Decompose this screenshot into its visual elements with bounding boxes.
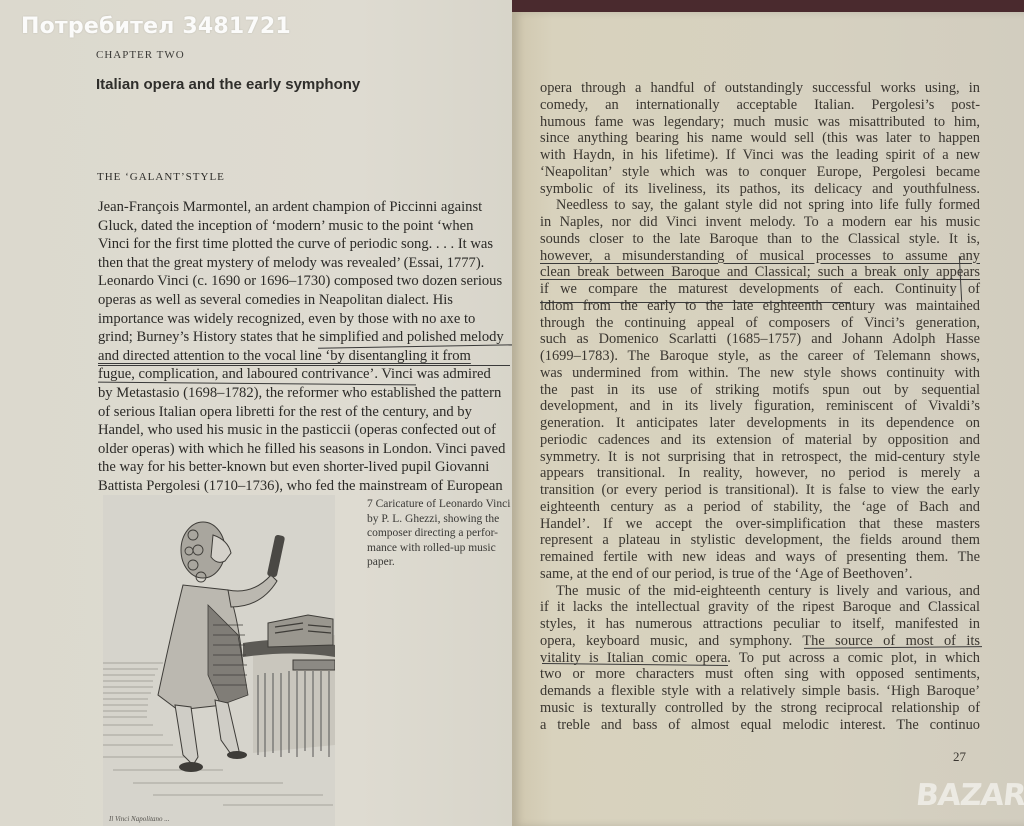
pen-underline xyxy=(98,365,510,366)
caption-line: mance with rolled-up music xyxy=(367,541,512,556)
caption-line: composer directing a perfor- xyxy=(367,526,512,541)
text-line: Handel’. If we accept the over-simplific… xyxy=(540,516,980,533)
text-line: eighteenth century as a period of stabil… xyxy=(540,499,980,516)
caricature-illustration-icon: Il Vinci Napolitano ... xyxy=(103,495,335,826)
text-line: sounds closer to the late Baroque than t… xyxy=(540,231,980,248)
bazar-logo: BAZAR xyxy=(914,778,1024,813)
text-line: Jean-François Marmontel, an ardent champ… xyxy=(98,198,512,217)
text-line: with Haydn, in his lifetime). If Vinci w… xyxy=(540,147,980,164)
left-body-text: Jean-François Marmontel, an ardent champ… xyxy=(98,198,512,496)
text-line: represent a plateau in stylistic develop… xyxy=(540,532,980,549)
text-line: then that the great mystery of melody wa… xyxy=(98,254,512,273)
text-line: styles, it has numerous attractions pecu… xyxy=(540,616,980,633)
caricature-figure: Il Vinci Napolitano ... xyxy=(103,495,335,826)
text-line: periodic cadences and its extension of m… xyxy=(540,432,980,449)
text-line: if we compare the maturest developments … xyxy=(540,281,980,298)
left-page: CHAPTER TWO Italian opera and the early … xyxy=(0,0,512,826)
chapter-title: Italian opera and the early symphony xyxy=(96,76,360,93)
text-line: Vinci for the first time plotted the cur… xyxy=(98,235,512,254)
text-line: through the continuing appeal of compose… xyxy=(540,315,980,332)
text-line: operas as well as several comedies in Ne… xyxy=(98,291,512,310)
figure-caption: 7 Caricature of Leonardo Vinci by P. L. … xyxy=(367,497,512,570)
text-line: Battista Pergolesi (1710–1736), who fed … xyxy=(98,477,512,496)
right-page: opera through a handful of outstandingly… xyxy=(512,12,1024,826)
text-line: same, at the end of our period, is true … xyxy=(540,566,980,583)
text-line: demands a flexible style with a relative… xyxy=(540,683,980,700)
page-number: 27 xyxy=(953,749,966,765)
text-line: the past in its use of striking motifs s… xyxy=(540,382,980,399)
section-heading: THE ‘GALANT’STYLE xyxy=(97,171,225,183)
text-line: appears transitional. In reality, howeve… xyxy=(540,465,980,482)
text-line: symbolic of its liveliness, its pathos, … xyxy=(540,181,980,198)
caption-line: paper. xyxy=(367,555,512,570)
text-line: symmetry. It is not surprising that in r… xyxy=(540,449,980,466)
text-line: comedy, an internationally acceptable It… xyxy=(540,97,980,114)
text-line: remained fertile with new ideas and ways… xyxy=(540,549,980,566)
text-line: The music of the mid-eighteenth century … xyxy=(540,583,980,600)
text-line: Leonardo Vinci (c. 1690 or 1696–1730) co… xyxy=(98,272,512,291)
text-line: opera through a handful of outstandingly… xyxy=(540,80,980,97)
text-line: importance was widely recognized, even b… xyxy=(98,310,512,329)
figure-inscription: Il Vinci Napolitano ... xyxy=(108,815,170,823)
chapter-label: CHAPTER TWO xyxy=(96,49,185,61)
text-line: Handel, who used his music in the pastic… xyxy=(98,421,512,440)
right-body-text: opera through a handful of outstandingly… xyxy=(540,80,980,733)
user-watermark: Потребител 3481721 xyxy=(21,14,291,39)
text-line: of serious Italian opera libretti for th… xyxy=(98,403,512,422)
text-line: if it lacks the intellectual gravity of … xyxy=(540,599,980,616)
text-line: music is texturally controlled by the st… xyxy=(540,700,980,717)
text-line: idiom from the early to the late eightee… xyxy=(540,298,980,315)
text-line: Needless to say, the galant style did no… xyxy=(540,197,980,214)
text-line: the way for his better-known but even sh… xyxy=(98,458,512,477)
underlined-text-line: however, a misunderstanding of musical p… xyxy=(540,248,980,265)
text-line: fugue, complication, and laboured contri… xyxy=(98,365,512,384)
text-line: transition (or every period is transitio… xyxy=(540,482,980,499)
text-line: was undermined from within. The new styl… xyxy=(540,365,980,382)
underlined-text-line: and directed attention to the vocal line… xyxy=(98,347,512,366)
text-line: two or more characters must often sing w… xyxy=(540,666,980,683)
text-line: generation. It anticipates later develop… xyxy=(540,415,980,432)
text-line: since anything bearing his name would se… xyxy=(540,130,980,147)
text-line: humous fame was legendary; much music wa… xyxy=(540,114,980,131)
caption-line: 7 Caricature of Leonardo Vinci xyxy=(367,497,512,512)
text-line: older operas) with which he filled his s… xyxy=(98,440,512,459)
text-line: development, and in its lively figuratio… xyxy=(540,398,980,415)
pen-underline xyxy=(540,302,850,303)
text-line: such as Domenico Scarlatti (1685–1757) a… xyxy=(540,331,980,348)
text-line: (1699–1783). The Baroque style, as the c… xyxy=(540,348,980,365)
underlined-text-line: clean break between Baroque and Classica… xyxy=(540,264,980,281)
text-line: by Metastasio (1698–1782), the reformer … xyxy=(98,384,512,403)
text-line: a treble and bass of almost equal melodi… xyxy=(540,717,980,734)
text-line: Gluck, dated the inception of ‘modern’ m… xyxy=(98,217,512,236)
text-line: in Naples, nor did Vinci invent melody. … xyxy=(540,214,980,231)
text-line: grind; Burney’s History states that he s… xyxy=(98,328,512,347)
caption-line: by P. L. Ghezzi, showing the xyxy=(367,512,512,527)
text-line: ‘Neapolitan’ style which was to conquer … xyxy=(540,164,980,181)
